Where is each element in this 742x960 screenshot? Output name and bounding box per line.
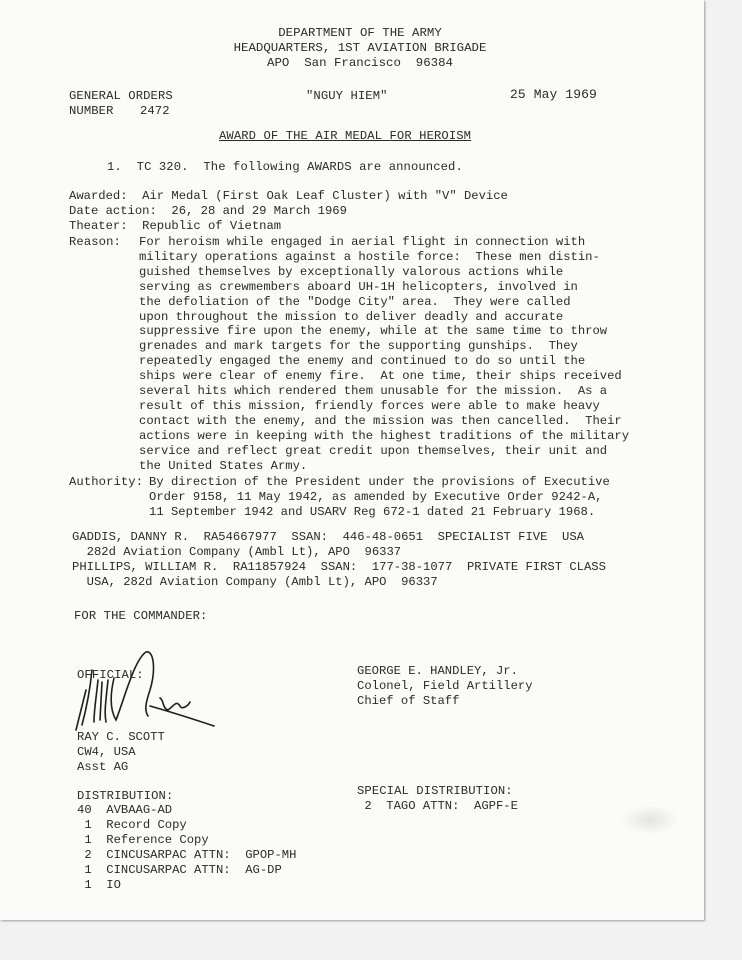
general-orders-label: GENERAL ORDERS [69,89,173,103]
intro-paragraph: 1. TC 320. The following AWARDS are anno… [107,160,463,174]
recipient-line-1: GADDIS, DANNY R. RA54667977 SSAN: 446-48… [72,530,606,545]
distribution-recipient: AVBAAG-AD [92,803,172,817]
reason-line: repeatedly engaged the enemy and continu… [139,354,629,369]
reason-line: actions were in keeping with the highest… [139,429,629,444]
recipient-line-2: USA, 282d Aviation Company (Ambl Lt), AP… [72,575,606,590]
theater-value: Republic of Vietnam [142,219,281,233]
reason-line: suppressive fire upon the enemy, while a… [139,324,629,339]
reason-line: the United States Army. [139,459,629,474]
distribution-count: 2 [77,848,92,862]
authority-line: Order 9158, 11 May 1942, as amended by E… [149,490,610,505]
distribution-item: 1 Record Copy [77,818,296,833]
reason-line: ships were clear of enemy fire. At one t… [139,369,629,384]
theater-label: Theater: [69,219,128,233]
distribution-item: 2 TAGO ATTN: AGPF-E [357,799,518,814]
distribution-count: 1 [77,818,92,832]
distribution-item: 2 CINCUSARPAC ATTN: GPOP-MH [77,848,296,863]
special-distribution-list: 2 TAGO ATTN: AGPF-E [357,799,518,814]
official-label: OFFICIAL: [77,668,144,682]
distribution-count: 2 [357,799,372,813]
recipients-list: GADDIS, DANNY R. RA54667977 SSAN: 446-48… [72,530,606,590]
awarded-value: Air Medal (First Oak Leaf Cluster) with … [142,189,508,203]
commander-name: GEORGE E. HANDLEY, Jr. [357,664,533,679]
reason-label: Reason: [69,235,121,249]
letterhead-headquarters: HEADQUARTERS, 1ST AVIATION BRIGADE [180,41,540,56]
special-distribution-label: SPECIAL DISTRIBUTION: [357,784,513,798]
reason-line: service and reflect great credit upon th… [139,444,629,459]
unit-motto: "NGUY HIEM" [306,89,388,103]
document-page: DEPARTMENT OF THE ARMY HEADQUARTERS, 1ST… [0,0,704,920]
signature [64,640,224,735]
distribution-recipient: IO [92,878,121,892]
authority-line: 11 September 1942 and USARV Reg 672-1 da… [149,505,610,520]
date-action-label: Date action: [69,204,157,218]
distribution-count: 40 [77,803,92,817]
letterhead-address: APO San Francisco 96384 [180,56,540,71]
distribution-recipient: Record Copy [92,818,187,832]
date-action-value: 26, 28 and 29 March 1969 [171,204,347,218]
reason-line: military operations against a hostile fo… [139,250,629,265]
distribution-label: DISTRIBUTION: [77,789,173,803]
recipient-line-2: 282d Aviation Company (Ambl Lt), APO 963… [72,545,606,560]
for-the-commander: FOR THE COMMANDER: [74,609,207,623]
official-signatory: RAY C. SCOTT CW4, USA Asst AG [77,730,165,775]
reason-line: upon throughout the mission to deliver d… [139,310,629,325]
distribution-item: 1 IO [77,878,296,893]
authority-label: Authority: [69,475,143,489]
reason-line: several hits which rendered them unusabl… [139,384,629,399]
commander-title: Chief of Staff [357,694,533,709]
distribution-item: 40 AVBAAG-AD [77,803,296,818]
distribution-list: 40 AVBAAG-AD 1 Record Copy 1 Reference C… [77,803,296,892]
distribution-count: 1 [77,878,92,892]
reason-line: For heroism while engaged in aerial flig… [139,235,629,250]
official-rank: CW4, USA [77,745,165,760]
document-title: AWARD OF THE AIR MEDAL FOR HEROISM [219,129,471,143]
awarded-label: Awarded: [69,189,128,203]
distribution-count: 1 [77,833,92,847]
award-details: Awarded: Air Medal (First Oak Leaf Clust… [69,189,508,234]
number-label: NUMBER [69,104,113,118]
reason-line: contact with the enemy, and the mission … [139,414,629,429]
distribution-recipient: TAGO ATTN: AGPF-E [372,799,518,813]
official-title: Asst AG [77,760,165,775]
order-date: 25 May 1969 [510,88,597,102]
commander-rank: Colonel, Field Artillery [357,679,533,694]
reason-line: guished themselves by exceptionally valo… [139,265,629,280]
letterhead: DEPARTMENT OF THE ARMY HEADQUARTERS, 1ST… [180,26,540,71]
distribution-item: 1 CINCUSARPAC ATTN: AG-DP [77,863,296,878]
reason-text: For heroism while engaged in aerial flig… [139,235,629,474]
distribution-recipient: Reference Copy [92,833,209,847]
distribution-item: 1 Reference Copy [77,833,296,848]
official-name: RAY C. SCOTT [77,730,165,745]
order-number: 2472 [140,104,170,118]
reason-line: grenades and mark targets for the suppor… [139,339,629,354]
recipient-line-1: PHILLIPS, WILLIAM R. RA11857924 SSAN: 17… [72,560,606,575]
paper-smudge [620,805,680,835]
letterhead-department: DEPARTMENT OF THE ARMY [180,26,540,41]
distribution-recipient: CINCUSARPAC ATTN: AG-DP [92,863,282,877]
reason-line: the defoliation of the "Dodge City" area… [139,295,629,310]
authority-text: By direction of the President under the … [149,475,610,520]
distribution-recipient: CINCUSARPAC ATTN: GPOP-MH [92,848,297,862]
reason-line: serving as crewmembers aboard UH-1H heli… [139,280,629,295]
commander-signatory: GEORGE E. HANDLEY, Jr. Colonel, Field Ar… [357,664,533,709]
authority-line: By direction of the President under the … [149,475,610,490]
distribution-count: 1 [77,863,92,877]
reason-line: result of this mission, friendly forces … [139,399,629,414]
